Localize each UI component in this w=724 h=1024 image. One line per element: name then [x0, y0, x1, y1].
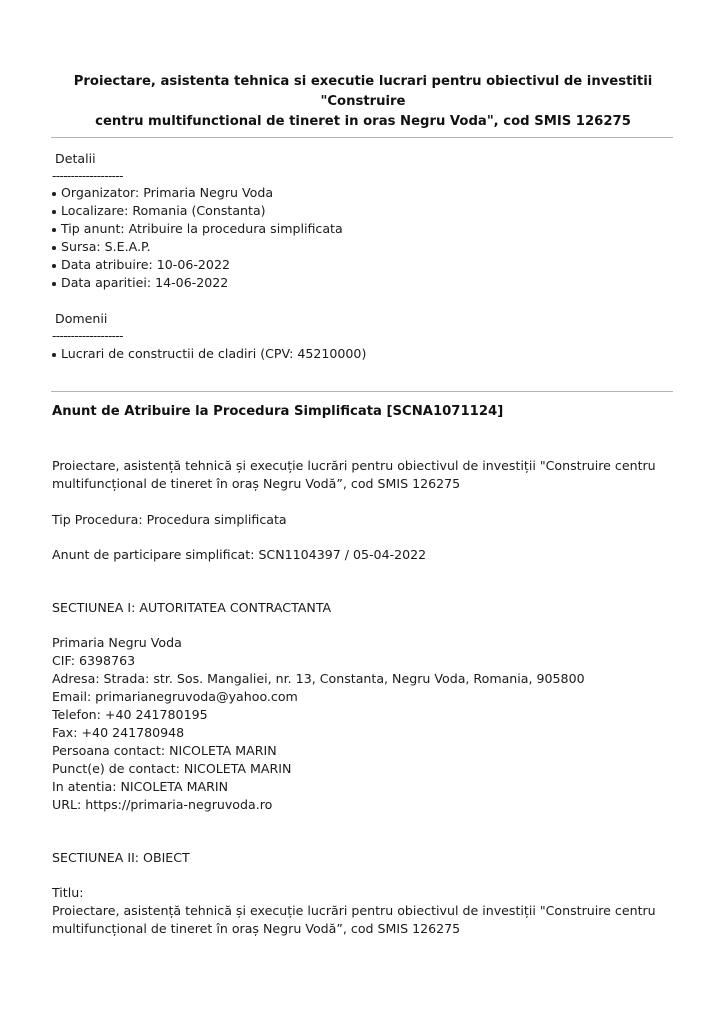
section2-heading: SECTIUNEA II: OBIECT — [52, 849, 672, 867]
participation-notice: Anunt de participare simplificat: SCN110… — [52, 546, 672, 564]
authority-address: Adresa: Strada: str. Sos. Mangaliei, nr.… — [52, 670, 672, 688]
section1-heading: SECTIUNEA I: AUTORITATEA CONTRACTANTA — [52, 599, 672, 617]
announcement-title: Anunt de Atribuire la Procedura Simplifi… — [52, 403, 503, 421]
domains-heading: Domenii — [55, 310, 107, 328]
authority-email: Email: primarianegruvoda@yahoo.com — [52, 688, 672, 706]
authority-fax: Fax: +40 241780948 — [52, 724, 672, 742]
section-divider — [51, 137, 673, 138]
announcement-description-line: Proiectare, asistență tehnică și execuți… — [52, 457, 672, 475]
details-item-award-date: Data atribuire: 10-06-2022 — [51, 256, 343, 274]
object-title-block: Titlu: Proiectare, asistență tehnică și … — [52, 884, 672, 938]
object-title-label: Titlu: — [52, 884, 672, 902]
authority-contact-person: Persoana contact: NICOLETA MARIN — [52, 742, 672, 760]
object-title-line: multifuncțional de tineret în oraș Negru… — [52, 920, 672, 938]
authority-url: URL: https://primaria-negruvoda.ro — [52, 796, 672, 814]
document-title-line: Proiectare, asistenta tehnica si executi… — [52, 72, 674, 112]
authority-contact-points: Punct(e) de contact: NICOLETA MARIN — [52, 760, 672, 778]
document-title: Proiectare, asistenta tehnica si executi… — [52, 72, 674, 132]
details-item-publish-date: Data aparitiei: 14-06-2022 — [51, 274, 343, 292]
section-divider — [51, 391, 673, 392]
details-item-notice-type: Tip anunt: Atribuire la procedura simpli… — [51, 220, 343, 238]
details-item-organizer: Organizator: Primaria Negru Voda — [51, 184, 343, 202]
object-title-line: Proiectare, asistență tehnică și execuți… — [52, 902, 672, 920]
domains-item-cpv: Lucrari de constructii de cladiri (CPV: … — [51, 345, 366, 363]
details-heading: Detalii — [55, 150, 96, 168]
details-item-location: Localizare: Romania (Constanta) — [51, 202, 343, 220]
details-item-source: Sursa: S.E.A.P. — [51, 238, 343, 256]
contracting-authority-details: Primaria Negru Voda CIF: 6398763 Adresa:… — [52, 634, 672, 814]
procedure-type: Tip Procedura: Procedura simplificata — [52, 511, 672, 529]
authority-name: Primaria Negru Voda — [52, 634, 672, 652]
authority-phone: Telefon: +40 241780195 — [52, 706, 672, 724]
announcement-description: Proiectare, asistență tehnică și execuți… — [52, 457, 672, 493]
authority-attention: In atentia: NICOLETA MARIN — [52, 778, 672, 796]
announcement-description-line: multifuncțional de tineret în oraș Negru… — [52, 475, 672, 493]
domains-list: Lucrari de constructii de cladiri (CPV: … — [51, 345, 366, 363]
details-dash-divider: ------------------- — [52, 170, 123, 182]
authority-cif: CIF: 6398763 — [52, 652, 672, 670]
details-list: Organizator: Primaria Negru Voda Localiz… — [51, 184, 343, 292]
document-title-line: centru multifunctional de tineret in ora… — [52, 112, 674, 132]
domains-dash-divider: ------------------- — [52, 330, 123, 342]
